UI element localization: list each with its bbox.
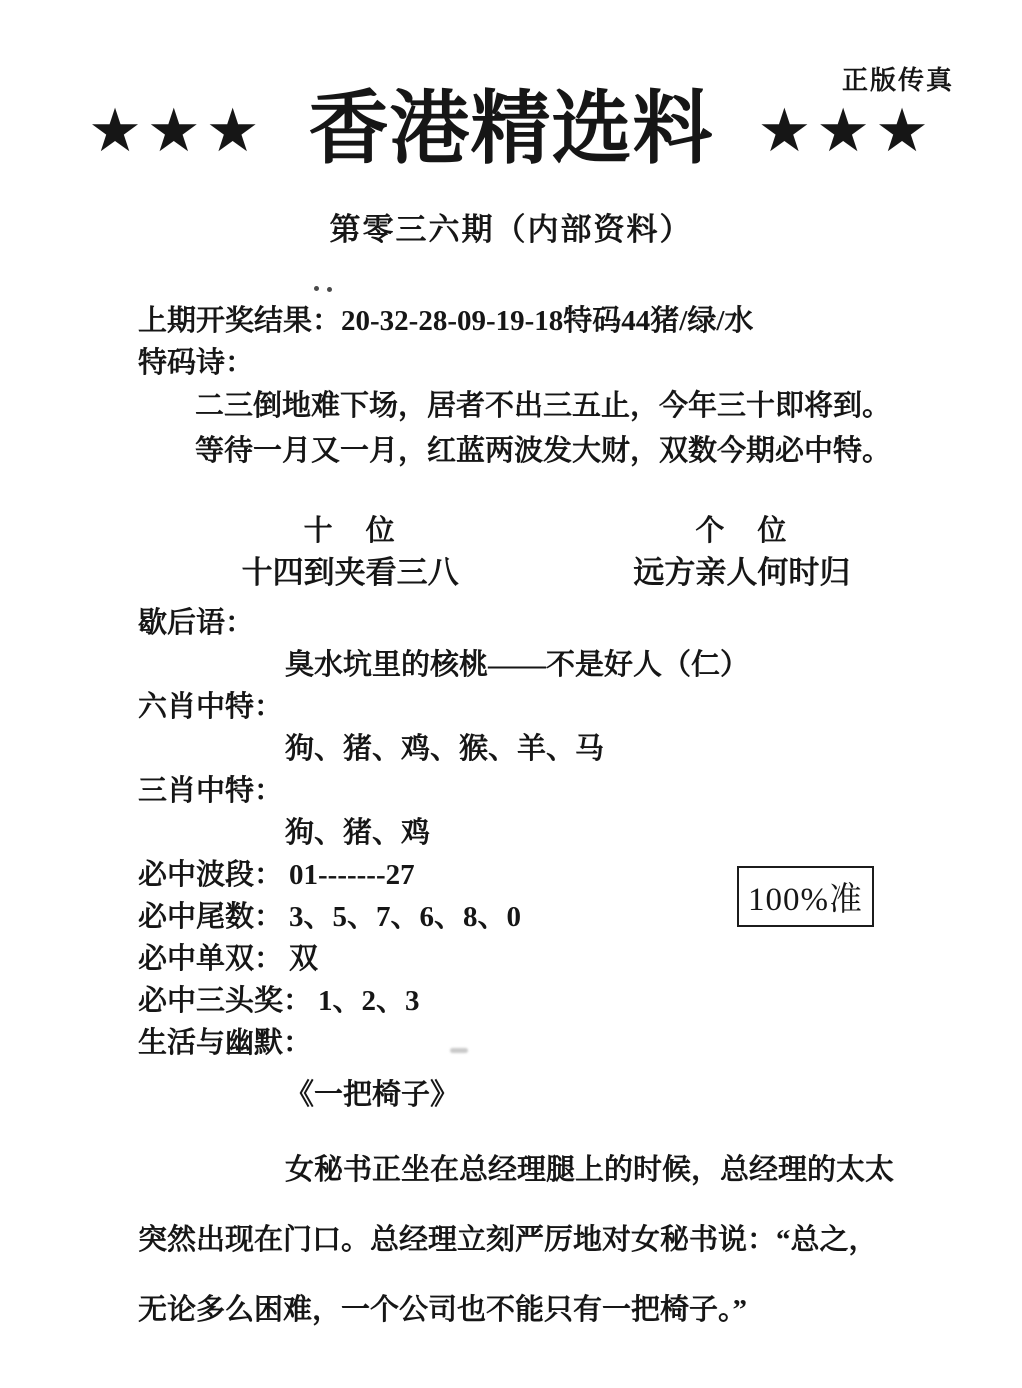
units-position-title: 个 位 — [562, 510, 921, 552]
prediction-label: 必中波段： — [138, 859, 283, 891]
poem-label: 特码诗： — [138, 342, 954, 384]
prediction-value: 1、2、3 — [312, 985, 420, 1017]
xiehouyu-label: 歇后语： — [138, 602, 954, 644]
accuracy-badge: 100%准 — [737, 866, 874, 927]
humor-story-line: 女秘书正坐在总经理腿上的时候，总经理的太太 — [138, 1149, 954, 1191]
six-zodiac-label: 六肖中特： — [138, 686, 954, 728]
tens-position-column: 十 位 十四到夹看三八 — [138, 510, 562, 594]
fax-document: 正版传真 ★★★ 香港精选料 ★★★ 第零三六期（内部资料） 上期开奖结果：20… — [0, 0, 1022, 1388]
tens-position-hint: 十四到夹看三八 — [138, 552, 562, 594]
humor-story-line: 突然出现在门口。总经理立刻严厉地对女秘书说：“总之， — [138, 1219, 954, 1261]
humor-story-title: 《一把椅子》 — [138, 1074, 954, 1116]
scan-artifact-dots — [314, 286, 319, 291]
issue-subtitle: 第零三六期（内部资料） — [0, 204, 1022, 249]
document-body: 上期开奖结果：20-32-28-09-19-18特码44猪/绿/水 特码诗： 二… — [138, 300, 954, 1331]
humor-story-line: 无论多么困难，一个公司也不能只有一把椅子。” — [138, 1289, 954, 1331]
stars-left-icon: ★★★ — [88, 101, 264, 161]
poem-line: 二三倒地难下场，居者不出三五止，今年三十即将到。 — [138, 384, 954, 429]
scan-artifact-smudge — [450, 1048, 468, 1053]
three-zodiac-value: 狗、猪、鸡 — [138, 812, 954, 854]
prediction-line-head-numbers: 必中三头奖：1、2、3 — [138, 980, 954, 1022]
three-zodiac-label: 三肖中特： — [138, 770, 954, 812]
prediction-label: 必中三头奖： — [138, 985, 312, 1017]
prediction-value: 双 — [283, 943, 318, 975]
last-result-value: 20-32-28-09-19-18特码44猪/绿/水 — [341, 305, 753, 337]
six-zodiac-value: 狗、猪、鸡、猴、羊、马 — [138, 728, 954, 770]
title-row: ★★★ 香港精选料 ★★★ — [0, 86, 1022, 176]
xiehouyu-value: 臭水坑里的核桃——不是好人（仁） — [138, 644, 954, 686]
prediction-line-odd-even: 必中单双：双 — [138, 938, 954, 980]
prediction-label: 必中单双： — [138, 943, 283, 975]
humor-section-label: 生活与幽默： — [138, 1022, 954, 1064]
digit-positions-row: 十 位 十四到夹看三八 个 位 远方亲人何时归 — [138, 510, 954, 594]
stars-right-icon: ★★★ — [758, 101, 934, 161]
prediction-value: 3、5、7、6、8、0 — [283, 901, 521, 933]
prediction-label: 必中尾数： — [138, 901, 283, 933]
poem-line: 等待一月又一月，红蓝两波发大财，双数今期必中特。 — [138, 429, 954, 474]
last-result-line: 上期开奖结果：20-32-28-09-19-18特码44猪/绿/水 — [138, 300, 954, 342]
units-position-column: 个 位 远方亲人何时归 — [562, 510, 921, 594]
prediction-value: 01-------27 — [283, 859, 415, 891]
units-position-hint: 远方亲人何时归 — [562, 552, 921, 594]
last-result-label: 上期开奖结果： — [138, 305, 341, 337]
page-title: 香港精选料 — [309, 86, 714, 176]
tens-position-title: 十 位 — [138, 510, 562, 552]
